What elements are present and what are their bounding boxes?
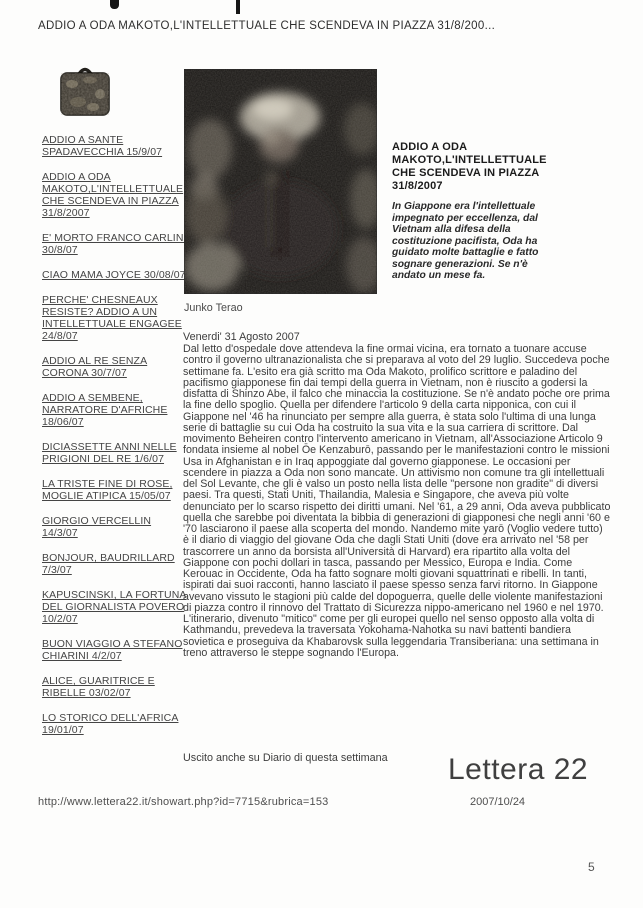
article-photo-oda-makoto [184, 69, 377, 294]
article-dateline: Venerdi' 31 Agosto 2007 [183, 331, 300, 343]
sidebar-item-storico-africa[interactable]: LO STORICO DELL'AFRICA 19/01/07 [42, 712, 188, 736]
site-logo-text: Lettera 22 [448, 753, 588, 787]
sidebar-item-alice[interactable]: ALICE, GUARITRICE E RIBELLE 03/02/07 [42, 675, 188, 699]
article-lede: In Giappone era l'intellettuale impegnat… [392, 201, 552, 282]
sidebar-item-chesneaux[interactable]: PERCHE' CHESNEAUX RESISTE? ADDIO A UN IN… [42, 294, 188, 342]
article-body: Dal letto d'ospedale dove attendeva la f… [183, 344, 611, 746]
sidebar-nav: ADDIO A SANTE SPADAVECCHIA 15/9/07 ADDIO… [42, 134, 188, 736]
sidebar-item-vercellin[interactable]: GIORGIO VERCELLIN 14/3/07 [42, 515, 188, 539]
photo-caption: Junko Terao [184, 302, 243, 314]
sidebar-item-re-senza-corona[interactable]: ADDIO AL RE SENZA CORONA 30/7/07 [42, 355, 188, 379]
typewriter-suitcase-icon [60, 64, 110, 120]
sidebar-item-sembene[interactable]: ADDIO A SEMBENE, NARRATORE D'AFRICHE 18/… [42, 392, 188, 428]
sidebar-item-prigioni-del-re[interactable]: DICIASSETTE ANNI NELLE PRIGIONI DEL RE 1… [42, 441, 188, 465]
scan-artifact-mark [110, 0, 119, 9]
article-footer-note: Uscito anche su Diario di questa settima… [183, 752, 388, 764]
sidebar-item-kapuscinski[interactable]: KAPUSCINSKI, LA FORTUNA DEL GIORNALISTA … [42, 589, 188, 625]
print-footer-date: 2007/10/24 [470, 796, 525, 808]
print-header-title: ADDIO A ODA MAKOTO,L'INTELLETTUALE CHE S… [38, 20, 613, 32]
scan-artifact-bar [236, 0, 240, 14]
sidebar-item-baudrillard[interactable]: BONJOUR, BAUDRILLARD 7/3/07 [42, 552, 188, 576]
print-footer-url[interactable]: http://www.lettera22.it/showart.php?id=7… [38, 796, 328, 808]
scanned-page: ADDIO A ODA MAKOTO,L'INTELLETTUALE CHE S… [0, 0, 643, 908]
sidebar-item-mama-joyce[interactable]: CIAO MAMA JOYCE 30/08/07 [42, 269, 188, 281]
sidebar-item-rose[interactable]: LA TRISTE FINE DI ROSE, MOGLIE ATIPICA 1… [42, 478, 188, 502]
sidebar-item-franco-carlini[interactable]: E' MORTO FRANCO CARLINI 30/8/07 [42, 232, 188, 256]
page-number: 5 [588, 860, 595, 874]
sidebar-item-sante-spadavecchia[interactable]: ADDIO A SANTE SPADAVECCHIA 15/9/07 [42, 134, 188, 158]
sidebar-item-chiarini[interactable]: BUON VIAGGIO A STEFANO CHIARINI 4/2/07 [42, 638, 188, 662]
article-headline: ADDIO A ODA MAKOTO,L'INTELLETTUALE CHE S… [392, 141, 557, 193]
sidebar-item-oda-makoto[interactable]: ADDIO A ODA MAKOTO,L'INTELLETTUALE CHE S… [42, 171, 188, 219]
